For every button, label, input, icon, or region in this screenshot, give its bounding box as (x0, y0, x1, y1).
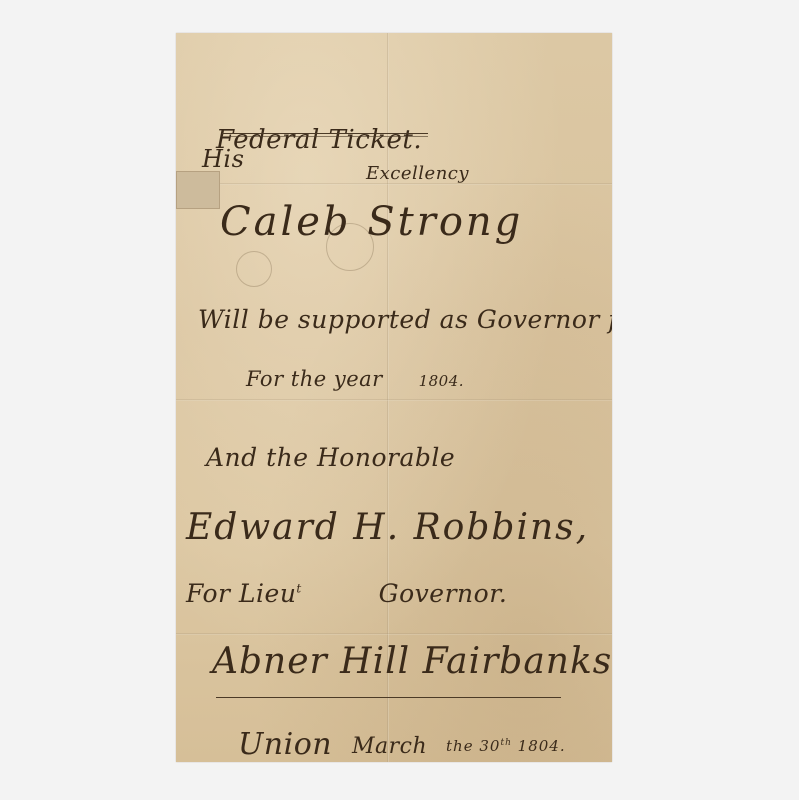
image-stage: Federal Ticket. His Excellency Caleb Str… (0, 0, 799, 800)
horizontal-fold-line (176, 399, 612, 401)
lt-line-suffix: Governor. (379, 579, 508, 608)
paper-repair-patch (176, 171, 220, 209)
date-the: the (446, 737, 474, 755)
date-month: March (352, 734, 427, 759)
horizontal-fold-line (176, 633, 612, 635)
title-underline (222, 133, 428, 137)
year-line: For the year 1804. (246, 367, 464, 391)
governor-name: Caleb Strong (220, 199, 523, 245)
flourish-decoration (236, 251, 272, 287)
governor-support-line: Will be supported as Governor for (198, 305, 612, 334)
ticket-title: Federal Ticket. (216, 125, 422, 155)
date-rest: the 30th 1804. (446, 737, 566, 755)
date-year: 1804. (518, 737, 566, 755)
year-line-text: For the year (246, 367, 383, 391)
signer-underline (216, 697, 561, 698)
lt-governor-intro: And the Honorable (206, 443, 455, 472)
lt-line-superscript: t (296, 582, 301, 596)
date-day-suffix: th (500, 738, 511, 748)
manuscript-page: Federal Ticket. His Excellency Caleb Str… (176, 33, 612, 762)
date-day: 30 (479, 737, 500, 755)
lt-governor-name: Edward H. Robbins, (186, 507, 589, 548)
signer-name: Abner Hill Fairbanks. (212, 641, 612, 682)
year-value: 1804. (419, 372, 464, 390)
lt-line-prefix: For Lieu (186, 579, 296, 608)
salutation-his: His (202, 145, 244, 173)
place-name: Union (238, 727, 332, 762)
lt-governor-line: For Lieut Governor. (186, 579, 507, 608)
salutation-excellency: Excellency (366, 163, 469, 184)
